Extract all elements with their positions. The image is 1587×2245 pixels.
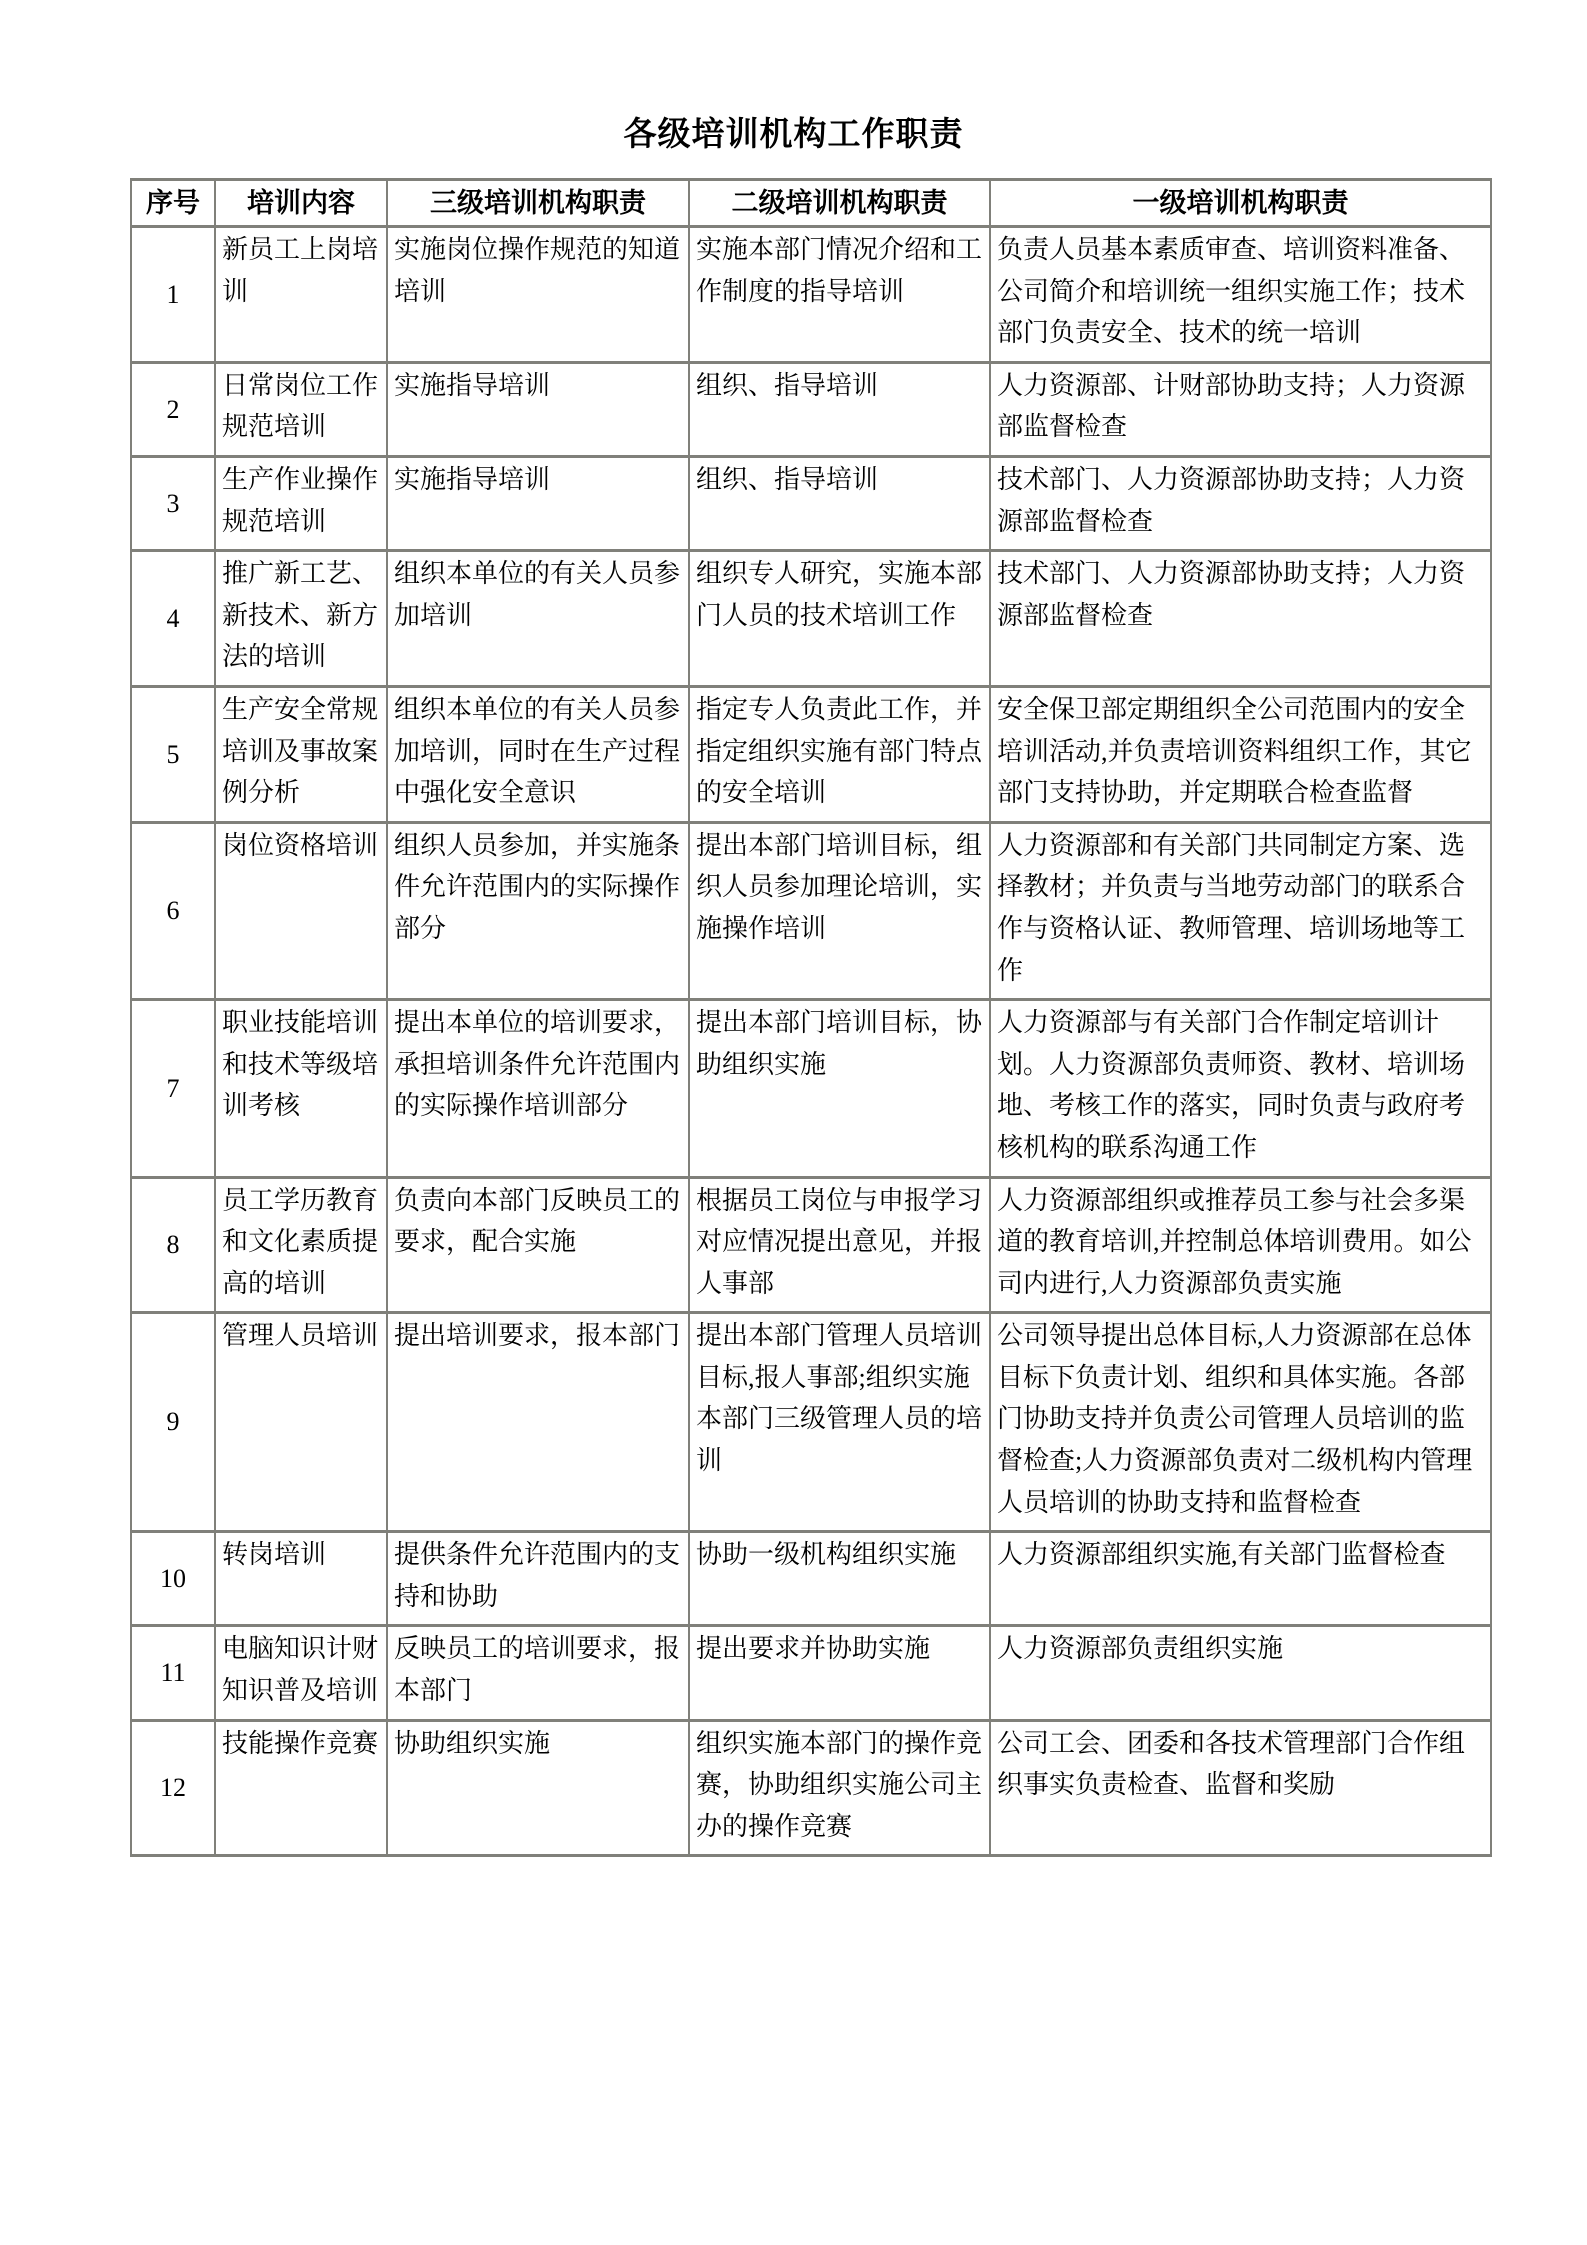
content-cell: 技能操作竞赛 — [215, 1720, 387, 1856]
content-cell: 管理人员培训 — [215, 1313, 387, 1532]
table-row: 8 员工学历教育和文化素质提高的培训 负责向本部门反映员工的要求，配合实施 根据… — [131, 1177, 1491, 1313]
content-cell: 新员工上岗培训 — [215, 227, 387, 363]
content-cell: 生产作业操作规范培训 — [215, 457, 387, 551]
table-row: 1 新员工上岗培训 实施岗位操作规范的知道培训 实施本部门情况介绍和工作制度的指… — [131, 227, 1491, 363]
level3-duty-cell: 反映员工的培训要求，报本部门 — [387, 1626, 689, 1720]
seq-cell: 6 — [131, 822, 215, 999]
col-header-level2: 二级培训机构职责 — [689, 179, 990, 226]
table-row: 4 推广新工艺、新技术、新方法的培训 组织本单位的有关人员参加培训 组织专人研究… — [131, 551, 1491, 687]
level3-duty-cell: 实施指导培训 — [387, 362, 689, 456]
level2-duty-cell: 指定专人负责此工作，并指定组织实施有部门特点的安全培训 — [689, 686, 990, 822]
level1-duty-cell: 人力资源部、计财部协助支持；人力资源部监督检查 — [990, 362, 1491, 456]
level3-duty-cell: 提出培训要求，报本部门 — [387, 1313, 689, 1532]
level3-duty-cell: 组织人员参加，并实施条件允许范围内的实际操作部分 — [387, 822, 689, 999]
level1-duty-cell: 公司工会、团委和各技术管理部门合作组织事实负责检查、监督和奖励 — [990, 1720, 1491, 1856]
seq-cell: 9 — [131, 1313, 215, 1532]
content-cell: 电脑知识计财知识普及培训 — [215, 1626, 387, 1720]
level3-duty-cell: 负责向本部门反映员工的要求，配合实施 — [387, 1177, 689, 1313]
seq-cell: 10 — [131, 1532, 215, 1626]
level1-duty-cell: 人力资源部负责组织实施 — [990, 1626, 1491, 1720]
level2-duty-cell: 提出本部门培训目标，组织人员参加理论培训，实施操作培训 — [689, 822, 990, 999]
level1-duty-cell: 公司领导提出总体目标,人力资源部在总体目标下负责计划、组织和具体实施。各部门协助… — [990, 1313, 1491, 1532]
level1-duty-cell: 技术部门、人力资源部协助支持；人力资源部监督检查 — [990, 551, 1491, 687]
level2-duty-cell: 组织实施本部门的操作竞赛，协助组织实施公司主办的操作竞赛 — [689, 1720, 990, 1856]
document-page: 各级培训机构工作职责 序号 培训内容 三级培训机构职责 二级培训机构职责 一级培… — [0, 0, 1587, 2245]
level3-duty-cell: 组织本单位的有关人员参加培训 — [387, 551, 689, 687]
level1-duty-cell: 人力资源部与有关部门合作制定培训计划。人力资源部负责师资、教材、培训场地、考核工… — [990, 1000, 1491, 1177]
level1-duty-cell: 技术部门、人力资源部协助支持；人力资源部监督检查 — [990, 457, 1491, 551]
seq-cell: 12 — [131, 1720, 215, 1856]
content-cell: 岗位资格培训 — [215, 822, 387, 999]
level3-duty-cell: 实施岗位操作规范的知道培训 — [387, 227, 689, 363]
table-row: 10 转岗培训 提供条件允许范围内的支持和协助 协助一级机构组织实施 人力资源部… — [131, 1532, 1491, 1626]
level2-duty-cell: 实施本部门情况介绍和工作制度的指导培训 — [689, 227, 990, 363]
level1-duty-cell: 人力资源部组织实施,有关部门监督检查 — [990, 1532, 1491, 1626]
level2-duty-cell: 根据员工岗位与申报学习对应情况提出意见，并报人事部 — [689, 1177, 990, 1313]
level2-duty-cell: 提出要求并协助实施 — [689, 1626, 990, 1720]
content-cell: 转岗培训 — [215, 1532, 387, 1626]
level3-duty-cell: 协助组织实施 — [387, 1720, 689, 1856]
table-row: 5 生产安全常规培训及事故案例分析 组织本单位的有关人员参加培训，同时在生产过程… — [131, 686, 1491, 822]
content-cell: 生产安全常规培训及事故案例分析 — [215, 686, 387, 822]
level1-duty-cell: 安全保卫部定期组织全公司范围内的安全培训活动,并负责培训资料组织工作，其它部门支… — [990, 686, 1491, 822]
seq-cell: 5 — [131, 686, 215, 822]
page-title: 各级培训机构工作职责 — [0, 0, 1587, 156]
level2-duty-cell: 协助一级机构组织实施 — [689, 1532, 990, 1626]
col-header-content: 培训内容 — [215, 179, 387, 226]
level2-duty-cell: 组织、指导培训 — [689, 362, 990, 456]
level3-duty-cell: 实施指导培训 — [387, 457, 689, 551]
content-cell: 员工学历教育和文化素质提高的培训 — [215, 1177, 387, 1313]
training-duties-table: 序号 培训内容 三级培训机构职责 二级培训机构职责 一级培训机构职责 1 新员工… — [130, 178, 1492, 1858]
seq-cell: 7 — [131, 1000, 215, 1177]
level2-duty-cell: 提出本部门管理人员培训目标,报人事部;组织实施本部门三级管理人员的培训 — [689, 1313, 990, 1532]
content-cell: 推广新工艺、新技术、新方法的培训 — [215, 551, 387, 687]
seq-cell: 1 — [131, 227, 215, 363]
col-header-level1: 一级培训机构职责 — [990, 179, 1491, 226]
level2-duty-cell: 组织专人研究，实施本部门人员的技术培训工作 — [689, 551, 990, 687]
level3-duty-cell: 提出本单位的培训要求，承担培训条件允许范围内的实际操作培训部分 — [387, 1000, 689, 1177]
table-row: 7 职业技能培训和技术等级培训考核 提出本单位的培训要求，承担培训条件允许范围内… — [131, 1000, 1491, 1177]
seq-cell: 11 — [131, 1626, 215, 1720]
table-row: 9 管理人员培训 提出培训要求，报本部门 提出本部门管理人员培训目标,报人事部;… — [131, 1313, 1491, 1532]
level1-duty-cell: 人力资源部和有关部门共同制定方案、选择教材；并负责与当地劳动部门的联系合作与资格… — [990, 822, 1491, 999]
content-cell: 日常岗位工作规范培训 — [215, 362, 387, 456]
level1-duty-cell: 人力资源部组织或推荐员工参与社会多渠道的教育培训,并控制总体培训费用。如公司内进… — [990, 1177, 1491, 1313]
level2-duty-cell: 提出本部门培训目标，协助组织实施 — [689, 1000, 990, 1177]
col-header-seq: 序号 — [131, 179, 215, 226]
table-row: 11 电脑知识计财知识普及培训 反映员工的培训要求，报本部门 提出要求并协助实施… — [131, 1626, 1491, 1720]
col-header-level3: 三级培训机构职责 — [387, 179, 689, 226]
level3-duty-cell: 组织本单位的有关人员参加培训，同时在生产过程中强化安全意识 — [387, 686, 689, 822]
header-row: 序号 培训内容 三级培训机构职责 二级培训机构职责 一级培训机构职责 — [131, 179, 1491, 226]
content-cell: 职业技能培训和技术等级培训考核 — [215, 1000, 387, 1177]
table-row: 3 生产作业操作规范培训 实施指导培训 组织、指导培训 技术部门、人力资源部协助… — [131, 457, 1491, 551]
seq-cell: 2 — [131, 362, 215, 456]
level1-duty-cell: 负责人员基本素质审查、培训资料准备、公司简介和培训统一组织实施工作；技术部门负责… — [990, 227, 1491, 363]
level2-duty-cell: 组织、指导培训 — [689, 457, 990, 551]
seq-cell: 3 — [131, 457, 215, 551]
level3-duty-cell: 提供条件允许范围内的支持和协助 — [387, 1532, 689, 1626]
seq-cell: 8 — [131, 1177, 215, 1313]
table-row: 2 日常岗位工作规范培训 实施指导培训 组织、指导培训 人力资源部、计财部协助支… — [131, 362, 1491, 456]
table-row: 6 岗位资格培训 组织人员参加，并实施条件允许范围内的实际操作部分 提出本部门培… — [131, 822, 1491, 999]
table-row: 12 技能操作竞赛 协助组织实施 组织实施本部门的操作竞赛，协助组织实施公司主办… — [131, 1720, 1491, 1856]
seq-cell: 4 — [131, 551, 215, 687]
